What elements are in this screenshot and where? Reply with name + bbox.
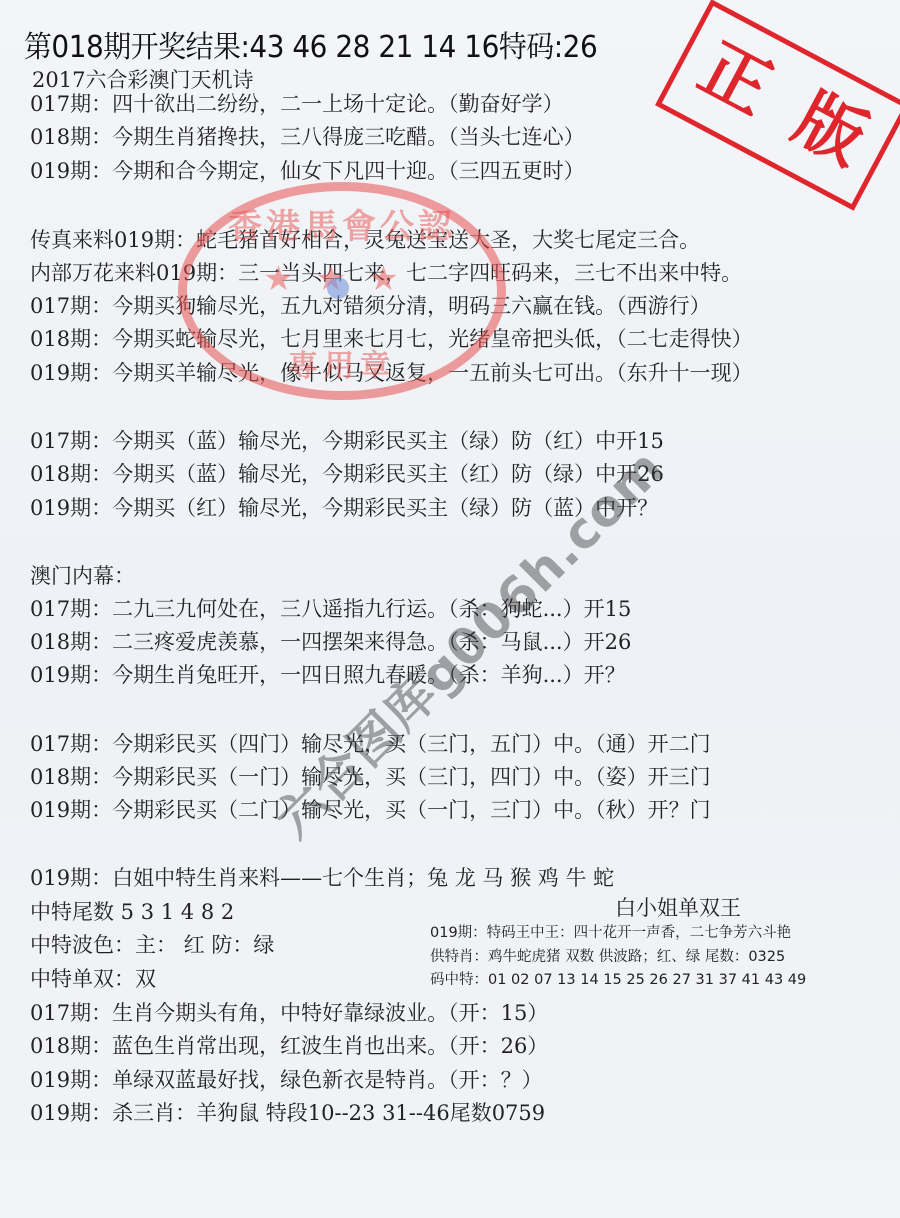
- poem-line: 018期：今期生肖猪搀扶，三八得庞三吃醋。（当头七连心）: [30, 123, 585, 151]
- side-box-line: 019期：特码王中王：四十花开一声香，二七争芳六斗艳: [428, 922, 888, 946]
- doors-line: 018期：今期彩民买（一门）输尽光，买（三门，四门）中。（姿）开三门: [30, 763, 711, 791]
- insider-line: 019期：今期生肖兔旺开，一四日照九春暖。（杀：羊狗...）开？: [30, 661, 626, 689]
- insider-line: 018期：二三疼爱虎羡慕，一四摆架来得急。（杀：马鼠...）开26: [30, 628, 631, 656]
- final-line: 019期：杀三肖：羊狗鼠 特段10--23 31--46尾数0759: [30, 1099, 545, 1127]
- authentic-stamp: 正 版: [655, 0, 900, 211]
- color-line: 017期：今期买（蓝）输尽光，今期彩民买主（绿）防（红）中开15: [30, 427, 664, 455]
- baijie-line: 019期：白姐中特生肖来料——七个生肖；兔 龙 马 猴 鸡 牛 蛇: [30, 864, 614, 892]
- baijie-wave-color: 中特波色：主： 红 防：绿: [30, 931, 274, 959]
- color-line: 019期：今期买（红）输尽光，今期彩民买主（绿）防（蓝）中开？: [30, 494, 658, 522]
- doors-line: 019期：今期彩民买（二门）输尽光，买（一门，三门）中。（秋）开？门: [30, 796, 711, 824]
- fax-line: 017期：今期买狗输尽光，五九对错须分清，明码三六赢在钱。（西游行）: [30, 292, 711, 320]
- authentic-stamp-char: 正: [689, 34, 781, 126]
- fax-line: 019期：今期买羊输尽光，像牛似马又返复，一五前头七可出。（东升十一现）: [30, 359, 753, 387]
- fax-line: 018期：今期买蛇输尽光，七月里来七月七，光绪皇帝把头低，（二七走得快）: [30, 325, 753, 353]
- fax-line: 内部万花来料019期：三一当头四七来，七二字四旺码来，三七不出来中特。: [30, 259, 742, 287]
- draw-result-title: 第018期开奖结果:43 46 28 21 14 16特码:26: [24, 22, 597, 66]
- insider-heading: 澳门内幕：: [30, 562, 135, 590]
- side-box-title: 白小姐单双王: [468, 892, 888, 922]
- poem-line: 017期：四十欲出二纷纷，二一上场十定论。（勤奋好学）: [30, 90, 564, 118]
- baijie-tail-numbers: 中特尾数 5 3 1 4 8 2: [30, 898, 234, 926]
- authentic-stamp-char: 版: [784, 84, 876, 176]
- poem-line: 019期：今期和合今期定，仙女下凡四十迎。（三四五更时）: [30, 157, 585, 185]
- baijie-odd-even: 中特单双：双: [30, 965, 156, 993]
- side-box-line: 码中特：01 02 07 13 14 15 25 26 27 31 37 41 …: [428, 969, 888, 993]
- final-line: 019期：单绿双蓝最好找，绿色新衣是特肖。（开：？）: [30, 1066, 543, 1094]
- fax-line: 传真来料019期：蛇毛猪首好相合，灵兔送宝送大圣，大奖七尾定三合。: [30, 226, 700, 254]
- insider-line: 017期：二九三九何处在，三八遥指九行运。（杀：狗蛇...）开15: [30, 595, 631, 623]
- doors-line: 017期：今期彩民买（四门）输尽光，买（三门，五门）中。（通）开二门: [30, 730, 711, 758]
- final-line: 018期：蓝色生肖常出现，红波生肖也出来。（开：26）: [30, 1032, 548, 1060]
- side-box-line: 供特肖：鸡牛蛇虎猪 双数 供波路；红、绿 尾数：0325: [428, 946, 888, 970]
- final-line: 017期：生肖今期头有角，中特好靠绿波业。（开：15）: [30, 999, 548, 1027]
- side-box: 白小姐单双王 019期：特码王中王：四十花开一声香，二七争芳六斗艳 供特肖：鸡牛…: [428, 892, 888, 993]
- lottery-prediction-sheet: 第018期开奖结果:43 46 28 21 14 16特码:26 2017六合彩…: [0, 0, 900, 1218]
- color-line: 018期：今期买（蓝）输尽光，今期彩民买主（红）防（绿）中开26: [30, 460, 664, 488]
